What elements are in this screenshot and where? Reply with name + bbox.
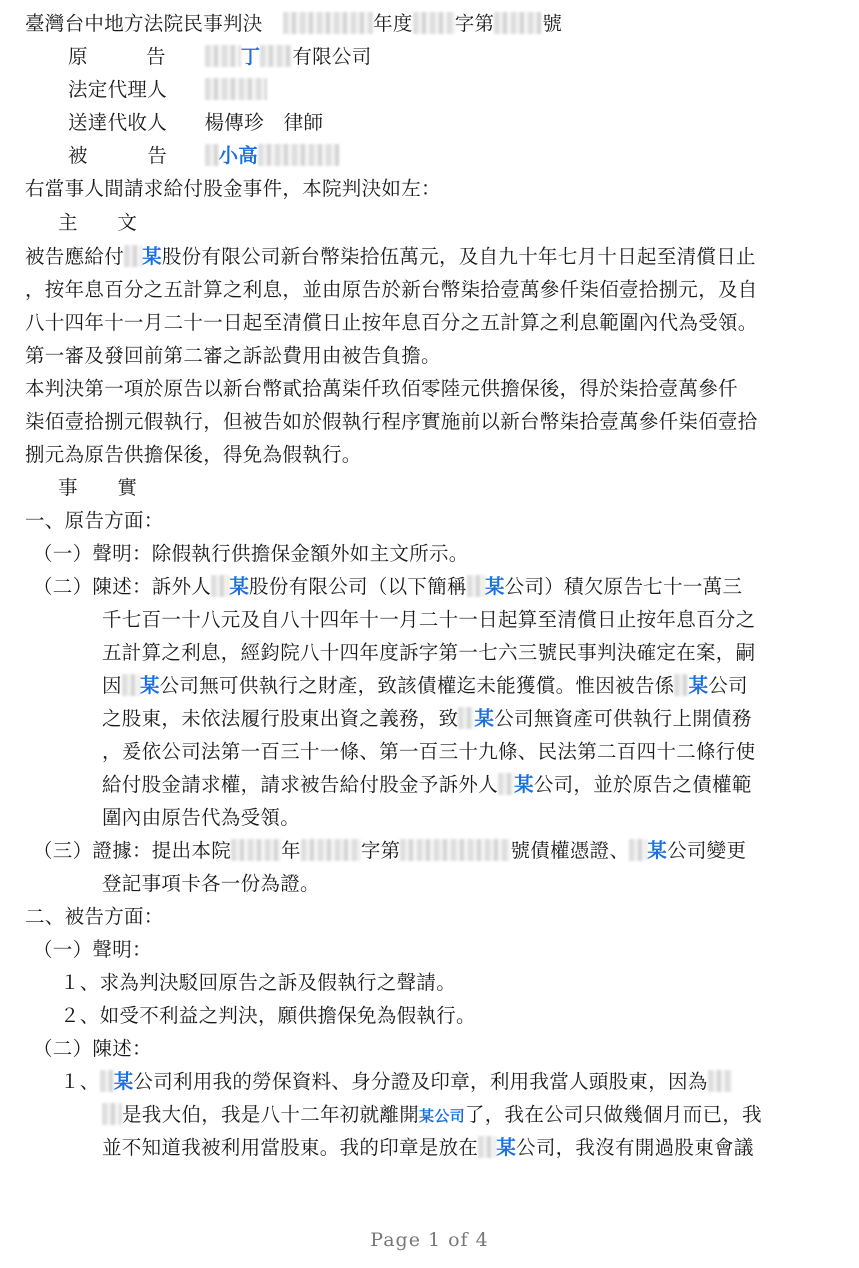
highlight-text: 某	[496, 1136, 516, 1159]
redacted-name	[205, 45, 241, 67]
year-label: 年度	[373, 12, 413, 35]
plaintiff-statement-line: 千七百一十八元及自八十四年十一月二十一日起算至清償日止按年息百分之	[102, 603, 755, 636]
section-heading-facts: 事 實	[58, 471, 137, 504]
text: 股份有限公司新台幣柒拾伍萬元，及自九十年七月十日起至清償日止	[162, 245, 756, 268]
redacted-name	[629, 839, 647, 861]
text: １、	[60, 1070, 100, 1093]
text: （三）證據：提出本院	[33, 839, 231, 862]
redacted-year	[231, 839, 281, 861]
text: 公司變更	[667, 839, 746, 862]
defendant-statement-line: 是我大伯，我是八十二年初就離開某公司了，我在公司只做幾個月而已，我	[102, 1098, 762, 1131]
redacted-name	[102, 1103, 122, 1125]
highlight-text: 某	[514, 773, 534, 796]
text: 公司，我沒有開過股東會議	[516, 1136, 754, 1159]
plaintiff-statement-line: 因某公司無可供執行之財產，致該債權迄未能獲償。惟因被告係某公司	[102, 669, 748, 702]
highlight-text: 某	[647, 839, 667, 862]
highlight-text: 某	[114, 1070, 134, 1093]
page-indicator: Page 1 of 4	[0, 1229, 859, 1251]
text: 公司無資產可供執行上開債務	[494, 707, 751, 730]
text: 因	[102, 674, 122, 697]
text: 公司，並於原告之債權範	[534, 773, 752, 796]
redacted-name	[708, 1070, 732, 1092]
text: 並不知道我被利用當股東。我的印章是放在	[102, 1136, 478, 1159]
redacted-name	[122, 674, 140, 696]
highlight-text: 小高	[219, 144, 259, 167]
text: 股份有限公司（以下簡稱	[249, 575, 467, 598]
party-label: 法定代理人	[68, 73, 180, 106]
text: 公司）積欠原告七十一萬三	[505, 575, 743, 598]
redacted-name	[100, 1070, 114, 1092]
redacted-name	[124, 245, 142, 267]
party-service-agent: 送達代收人 楊傳珍 律師	[68, 106, 323, 139]
redacted-name	[205, 144, 219, 166]
document-page: 臺灣台中地方法院民事判決 年度字第號 原 告 丁有限公司 法定代理人 送達代收人…	[0, 0, 859, 1268]
highlight-text: 某	[229, 575, 249, 598]
court-name: 臺灣台中地方法院民事判決	[25, 12, 263, 35]
text: 公司利用我的勞保資料、身分證及印章，利用我當人頭股東，因為	[133, 1070, 707, 1093]
party-plaintiff: 原 告 丁有限公司	[68, 40, 372, 73]
text: 給付股金請求權，請求被告給付股金予訴外人	[102, 773, 498, 796]
highlight-text: 某	[142, 245, 162, 268]
case-word-label: 字第	[455, 12, 495, 35]
redacted-year	[283, 12, 373, 34]
section-heading-main: 主 文	[58, 206, 137, 239]
highlight-text: 某	[688, 674, 708, 697]
party-value: 楊傳珍 律師	[205, 111, 324, 134]
highlight-text: 某	[485, 575, 505, 598]
highlight-text: 某公司	[419, 1107, 465, 1125]
main-line: 第一審及發回前第二審之訴訟費用由被告負擔。	[25, 339, 441, 372]
redacted-case-number	[494, 12, 542, 34]
redacted-case-word	[413, 12, 455, 34]
text: 是我大伯，我是八十二年初就離開	[122, 1103, 419, 1126]
main-line: ，按年息百分之五計算之利息，並由原告於新台幣柒拾壹萬參仟柒佰壹拾捌元，及自	[25, 273, 758, 306]
party-label: 送達代收人	[68, 106, 180, 139]
intro-text: 右當事人間請求給付股金事件，本院判決如左：	[25, 172, 441, 205]
text: （二）陳述：訴外人	[33, 575, 211, 598]
main-line: 八十四年十一月二十一日起至清償日止按年息百分之五計算之利息範圍內代為受領。	[25, 306, 758, 339]
main-line: 柒佰壹拾捌元假執行，但被告如於假執行程序實施前以新台幣柒拾壹萬參仟柒佰壹拾	[25, 405, 758, 438]
plaintiff-statement-line: 圍內由原告代為受領。	[102, 801, 300, 834]
main-line: 被告應給付某股份有限公司新台幣柒拾伍萬元，及自九十年七月十日起至清償日止	[25, 240, 756, 273]
text: 公司	[708, 674, 748, 697]
text: 了，我在公司只做幾個月而已，我	[465, 1103, 762, 1126]
redacted-name	[205, 78, 267, 100]
plaintiff-statement-line: 五計算之利息，經鈞院八十四年度訴字第一七六三號民事判決確定在案，嗣	[102, 636, 755, 669]
party-value: 有限公司	[292, 45, 371, 68]
plaintiff-evidence-line: 登記事項卡各一份為證。	[102, 867, 320, 900]
redacted-name	[674, 674, 688, 696]
redacted-name	[258, 144, 340, 166]
party-label: 原 告	[68, 40, 180, 73]
plaintiff-statement-line: 之股東，未依法履行股東出資之義務，致某公司無資產可供執行上開債務	[102, 702, 752, 735]
main-line: 本判決第一項於原告以新台幣貳拾萬柒仟玖佰零陸元供擔保後，得於柒拾壹萬參仟	[25, 372, 738, 405]
redacted-name	[498, 773, 514, 795]
text: 號債權憑證、	[510, 839, 629, 862]
plaintiff-section-title: 一、原告方面：	[25, 504, 164, 537]
defendant-claim-item: １、求為判決駁回原告之訴及假執行之聲請。	[60, 966, 456, 999]
redacted-name	[458, 707, 474, 729]
defendant-claim-item: ２、如受不利益之判決，願供擔保免為假執行。	[60, 999, 476, 1032]
party-label: 被 告	[68, 139, 180, 172]
redacted-case-number	[400, 839, 510, 861]
plaintiff-statement-line: 給付股金請求權，請求被告給付股金予訴外人某公司，並於原告之債權範	[102, 768, 752, 801]
highlight-text: 某	[140, 674, 160, 697]
highlight-text: 某	[474, 707, 494, 730]
redacted-name	[260, 45, 292, 67]
defendant-claim-title: （一）聲明：	[33, 933, 152, 966]
redacted-case-word	[301, 839, 361, 861]
party-legal-rep: 法定代理人	[68, 73, 267, 106]
text: 字第	[361, 839, 401, 862]
defendant-statement-line: 並不知道我被利用當股東。我的印章是放在某公司，我沒有開過股東會議	[102, 1131, 754, 1164]
document-title: 臺灣台中地方法院民事判決 年度字第號	[25, 7, 562, 40]
redacted-name	[211, 575, 229, 597]
plaintiff-claim: （一）聲明：除假執行供擔保金額外如主文所示。	[33, 537, 469, 570]
redacted-name	[478, 1136, 496, 1158]
number-label: 號	[542, 12, 562, 35]
text: 被告應給付	[25, 245, 124, 268]
defendant-statement-line: １、某公司利用我的勞保資料、身分證及印章，利用我當人頭股東，因為	[60, 1065, 732, 1098]
defendant-statement-title: （二）陳述：	[33, 1032, 152, 1065]
text: 之股東，未依法履行股東出資之義務，致	[102, 707, 458, 730]
plaintiff-evidence-line: （三）證據：提出本院年字第號債權憑證、某公司變更	[33, 834, 746, 867]
plaintiff-statement-line: （二）陳述：訴外人某股份有限公司（以下簡稱某公司）積欠原告七十一萬三	[33, 570, 742, 603]
defendant-section-title: 二、被告方面：	[25, 900, 164, 933]
text: 公司無可供執行之財產，致該債權迄未能獲償。惟因被告係	[160, 674, 675, 697]
party-defendant: 被 告 小高	[68, 139, 340, 172]
redacted-name	[467, 575, 485, 597]
main-line: 捌元為原告供擔保後，得免為假執行。	[25, 438, 362, 471]
highlight-text: 丁	[241, 45, 261, 68]
text: 年	[281, 839, 301, 862]
plaintiff-statement-line: ，爰依公司法第一百三十一條、第一百三十九條、民法第二百四十二條行使	[102, 735, 755, 768]
